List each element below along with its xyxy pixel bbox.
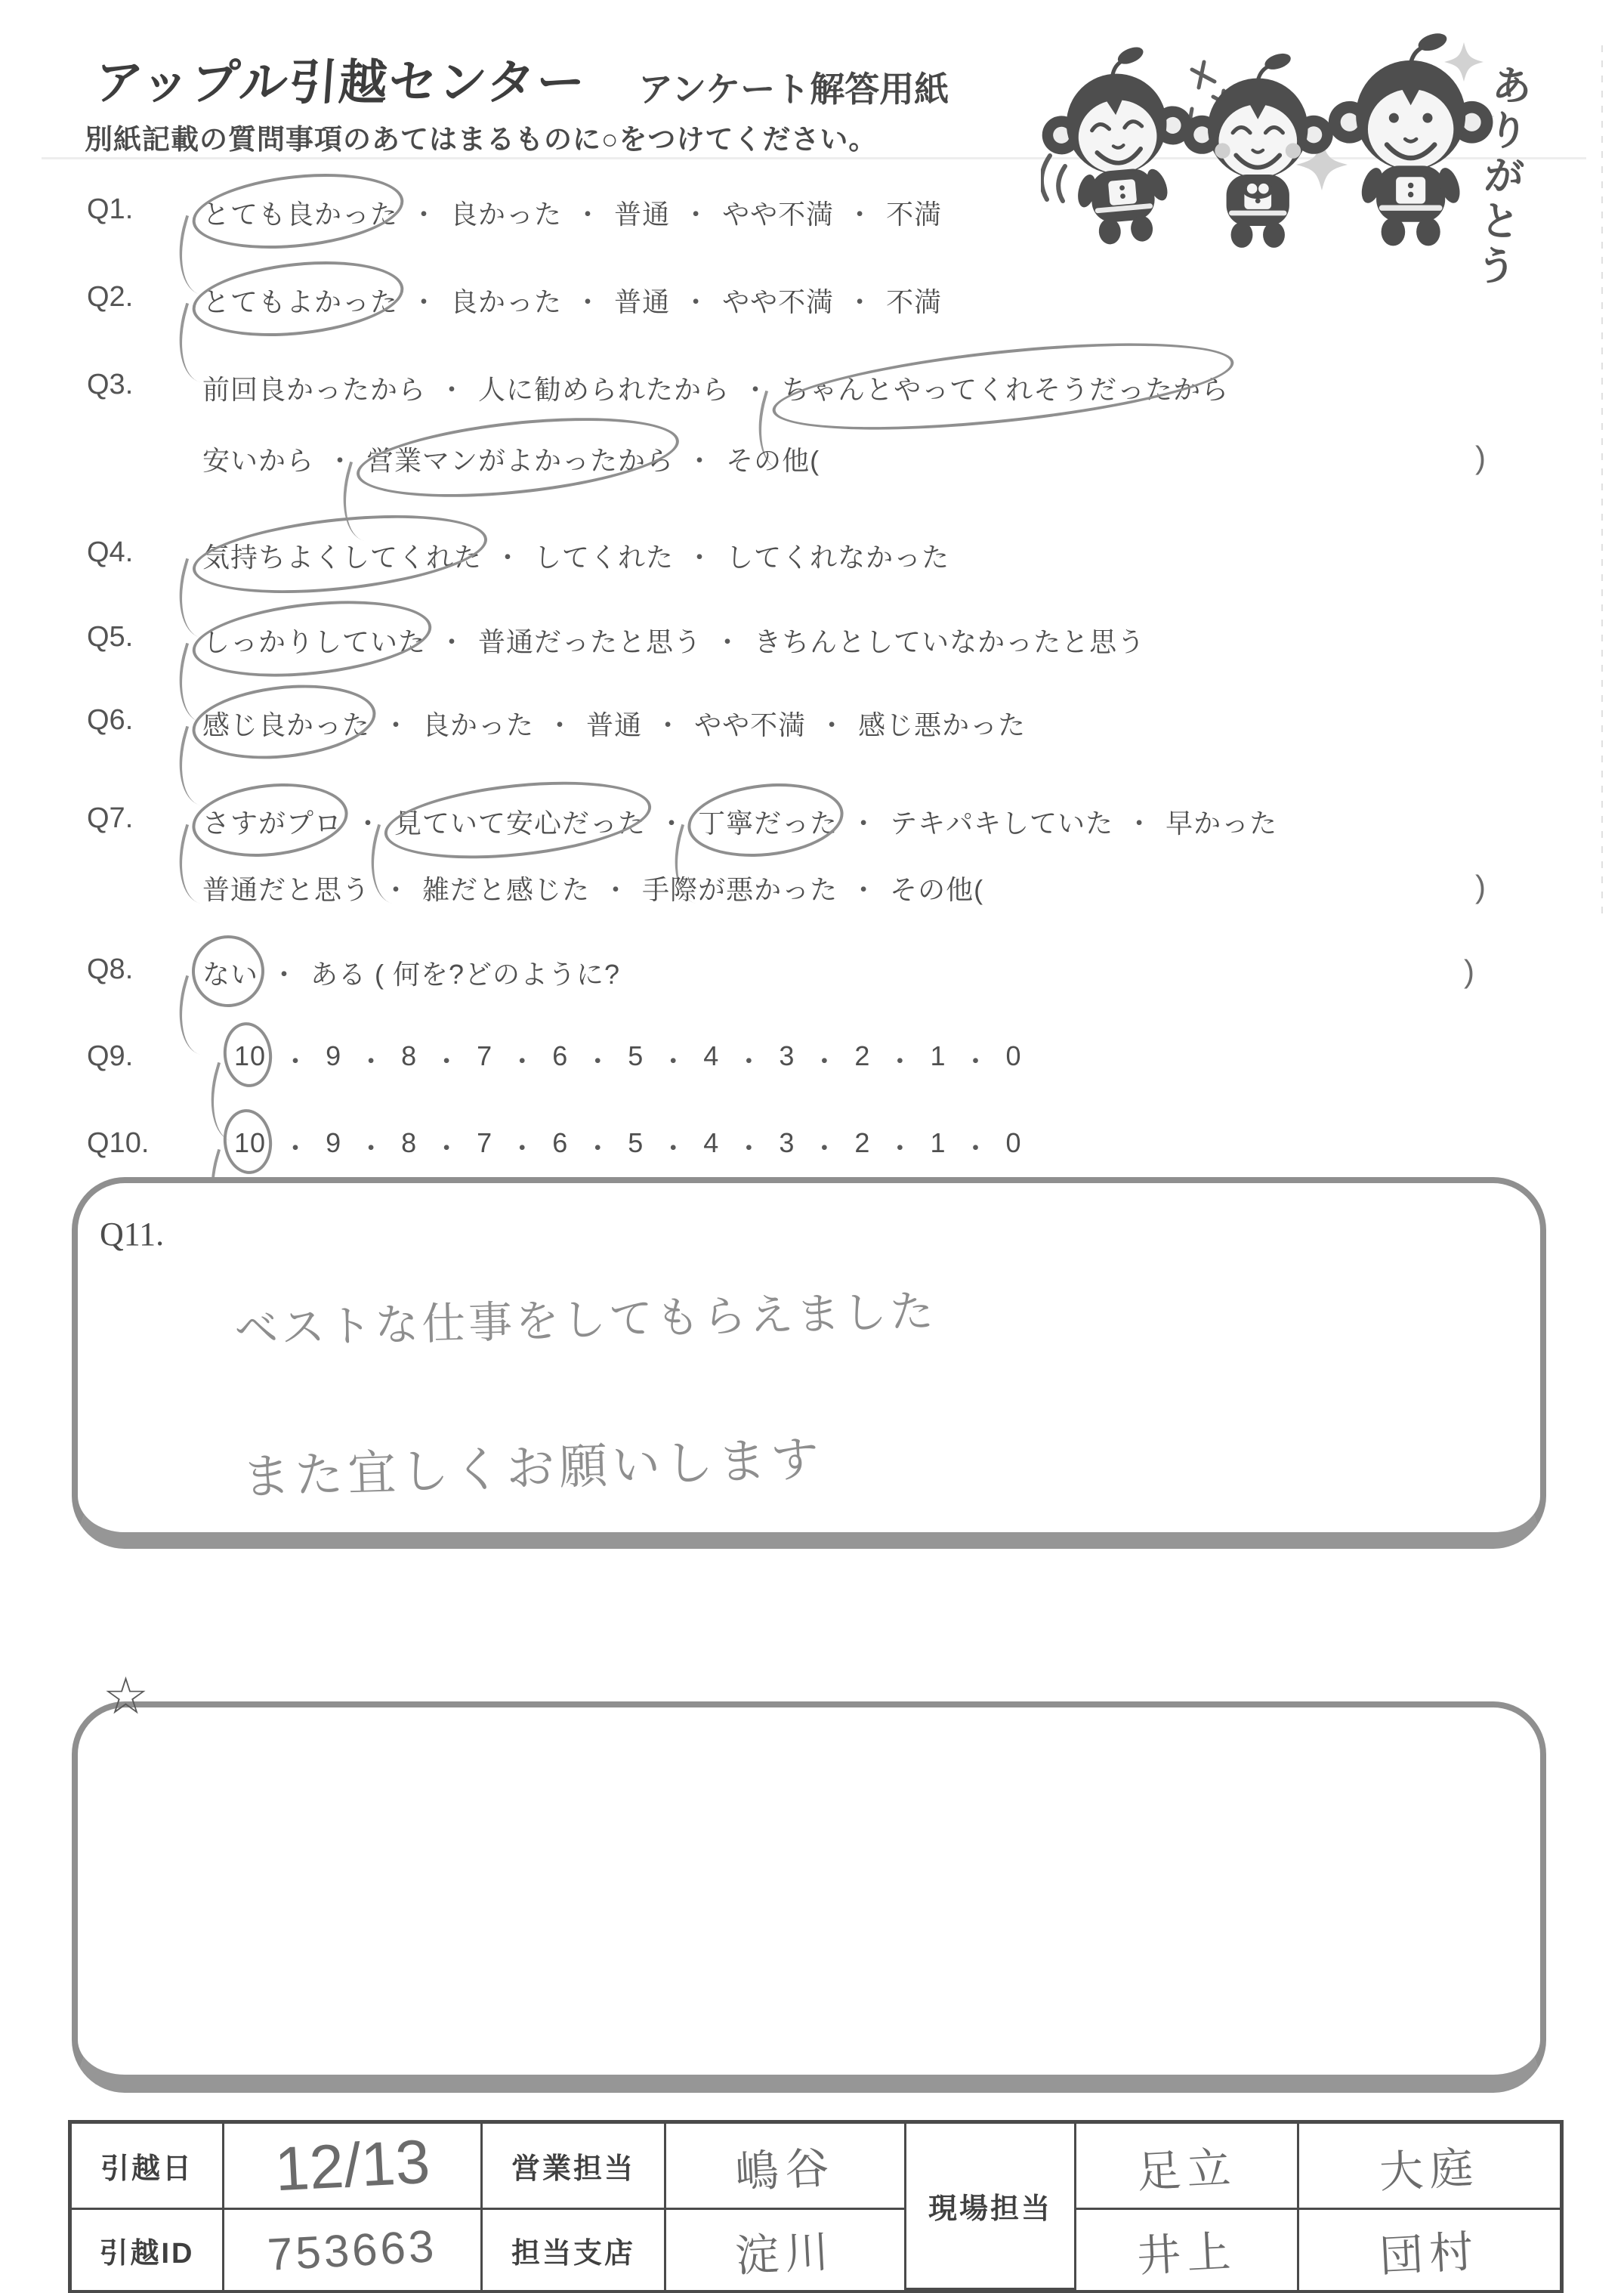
question-options-row: しっかりしていた・普通だったと思う・きちんとしていなかったと思う — [202, 621, 1145, 660]
question-label: Q5. — [87, 621, 133, 654]
option: テキパキしていた — [890, 802, 1113, 841]
option: 2 — [854, 1040, 870, 1072]
option: 7 — [477, 1127, 492, 1159]
option: 普通 — [586, 704, 642, 743]
option: 9 — [326, 1040, 341, 1072]
option-circled: 感じ良かった — [202, 704, 370, 743]
move-id-label-cell: 引越ID — [72, 2210, 224, 2290]
option-separator: ・ — [1125, 802, 1153, 841]
form-title: アンケート解答用紙 — [638, 62, 949, 112]
option: 普通 — [614, 281, 670, 320]
sales-name-handwriting: 嶋谷 — [733, 2131, 836, 2200]
sales-name-cell: 嶋谷 — [666, 2124, 906, 2210]
option-separator: ・ — [962, 1127, 990, 1166]
option-separator: ・ — [382, 704, 410, 743]
option: 1 — [930, 1127, 946, 1159]
site-staff-handwriting: 井上 — [1135, 2216, 1238, 2285]
branch-name-handwriting: 淀川 — [733, 2216, 836, 2285]
brand-title: アップル引越センター — [93, 44, 589, 113]
option: その他( — [890, 869, 983, 907]
option-separator: ・ — [714, 621, 742, 660]
option: 感じ悪かった — [858, 704, 1026, 743]
site-staff-1-cell: 足立 — [1076, 2124, 1299, 2210]
question-options-row: さすがプロ・見ていて安心だった・丁寧だった・テキパキしていた・早かった — [202, 802, 1277, 841]
option: 6 — [552, 1127, 568, 1159]
option: 7 — [477, 1040, 492, 1072]
option-separator: ・ — [735, 1127, 763, 1166]
move-date-label-cell: 引越日 — [72, 2124, 224, 2210]
option-separator: ・ — [682, 193, 710, 232]
question-options-row: 普通だと思う・雑だと感じた・手際が悪かった・その他( — [202, 869, 983, 907]
question-options-row: 感じ良かった・良かった・普通・やや不満・感じ悪かった — [202, 704, 1026, 743]
option-separator: ・ — [574, 193, 602, 232]
option: 0 — [1005, 1040, 1021, 1072]
move-id-handwriting: 753663 — [267, 2220, 439, 2281]
option: ある ( 何を?どのように? — [310, 953, 620, 992]
option: 9 — [326, 1127, 341, 1159]
close-paren: ) — [1475, 440, 1486, 476]
option-separator: ・ — [850, 802, 878, 841]
question-label: Q9. — [87, 1040, 133, 1073]
option-separator: ・ — [357, 1040, 385, 1079]
option-separator: ・ — [682, 281, 710, 320]
question-label: Q8. — [87, 953, 133, 986]
option: 良かった — [450, 281, 562, 320]
option: してくれた — [534, 536, 674, 575]
option-separator: ・ — [574, 281, 602, 320]
option: 2 — [854, 1127, 870, 1159]
option: きちんとしていなかったと思う — [754, 621, 1145, 660]
option-separator: ・ — [282, 1127, 310, 1166]
option: してくれなかった — [726, 536, 949, 575]
option: 良かった — [450, 193, 562, 232]
monkey-mascots-illustration — [1041, 23, 1494, 258]
question-label: Q10. — [87, 1127, 149, 1160]
option-separator: ・ — [508, 1127, 536, 1166]
option: 雑だと感じた — [422, 869, 590, 907]
option-separator: ・ — [686, 440, 714, 478]
option-separator: ・ — [438, 621, 466, 660]
option-separator: ・ — [659, 1040, 687, 1079]
option-separator: ・ — [410, 193, 438, 232]
move-id-value-cell: 753663 — [224, 2210, 483, 2290]
question-label: Q2. — [87, 281, 133, 314]
extra-comment-box — [72, 1701, 1546, 2093]
question-label: Q7. — [87, 802, 133, 835]
move-date-handwriting: 12/13 — [273, 2126, 432, 2205]
option: 普通だったと思う — [478, 621, 702, 660]
option: 普通 — [614, 193, 670, 232]
option-circled: とてもよかった — [202, 281, 398, 320]
instruction-text: 別紙記載の質問事項のあてはまるものに○をつけてください。 — [85, 116, 877, 157]
option-separator: ・ — [282, 1040, 310, 1079]
option: 不満 — [886, 193, 942, 232]
option-separator: ・ — [546, 704, 574, 743]
option-circled: ない — [202, 953, 258, 992]
option: 4 — [703, 1127, 719, 1159]
option-separator: ・ — [846, 193, 874, 232]
option-separator: ・ — [659, 1127, 687, 1166]
move-date-value-cell: 12/13 — [224, 2124, 483, 2210]
option: 3 — [779, 1127, 795, 1159]
option-separator: ・ — [438, 369, 466, 407]
option-circled: とても良かった — [202, 193, 398, 232]
q11-label: Q11. — [100, 1215, 164, 1253]
option: 普通だと思う — [202, 869, 370, 907]
option-separator: ・ — [508, 1040, 536, 1079]
option-circled: 営業マンがよかったから — [366, 440, 674, 478]
option: 良かった — [422, 704, 534, 743]
option: 6 — [552, 1040, 568, 1072]
sales-label-cell: 営業担当 — [483, 2124, 666, 2210]
site-staff-label-cell: 現場担当 — [906, 2124, 1076, 2290]
option-circled: 見ていて安心だった — [394, 802, 646, 841]
option: 5 — [628, 1127, 644, 1159]
option: 早かった — [1166, 802, 1277, 841]
option: 8 — [401, 1127, 417, 1159]
option: やや不満 — [694, 704, 806, 743]
option: 安いから — [202, 440, 314, 478]
survey-page: アップル引越センター アンケート解答用紙 別紙記載の質問事項のあてはまるものに○… — [0, 0, 1624, 2293]
option-separator: ・ — [735, 1040, 763, 1079]
option-separator: ・ — [382, 869, 410, 907]
option-separator: ・ — [686, 536, 714, 575]
option-circled: 10 — [234, 1127, 266, 1159]
option-separator: ・ — [433, 1040, 461, 1079]
question-options-row: 前回良かったから・人に勧められたから・ちゃんとやってくれそうだったから — [202, 369, 1229, 407]
site-staff-handwriting: 足立 — [1135, 2131, 1238, 2200]
option: 8 — [401, 1040, 417, 1072]
site-staff-4-cell: 団村 — [1299, 2210, 1560, 2290]
footer-table: 引越日 12/13 営業担当 嶋谷 現場担当 足立 大庭 引越ID 753663… — [68, 2120, 1564, 2293]
question-options-row: ない・ある ( 何を?どのように? — [202, 953, 620, 992]
option: やや不満 — [722, 193, 834, 232]
option: やや不満 — [722, 281, 834, 320]
question-label: Q1. — [87, 193, 133, 226]
branch-label-cell: 担当支店 — [483, 2210, 666, 2290]
site-staff-handwriting: 団村 — [1378, 2216, 1480, 2285]
option-separator: ・ — [846, 281, 874, 320]
option: 3 — [779, 1040, 795, 1072]
close-paren: ) — [1475, 869, 1486, 905]
option-circled: ちゃんとやってくれそうだったから — [782, 369, 1229, 407]
option-separator: ・ — [886, 1127, 914, 1166]
option: 1 — [930, 1040, 946, 1072]
option-separator: ・ — [962, 1040, 990, 1079]
close-paren: ) — [1464, 953, 1474, 990]
option: 4 — [703, 1040, 719, 1072]
question-options-row: とてもよかった・良かった・普通・やや不満・不満 — [202, 281, 942, 320]
option-circled: 気持ちよくしてくれた — [202, 536, 482, 575]
option-separator: ・ — [494, 536, 522, 575]
branch-name-cell: 淀川 — [666, 2210, 906, 2290]
option-separator: ・ — [886, 1040, 914, 1079]
option-circled: しっかりしていた — [202, 621, 426, 660]
option-separator: ・ — [654, 704, 682, 743]
option: 0 — [1005, 1127, 1021, 1159]
site-staff-handwriting: 大庭 — [1378, 2131, 1480, 2200]
option: その他( — [726, 440, 820, 478]
site-staff-2-cell: 大庭 — [1299, 2124, 1560, 2210]
question-label: Q6. — [87, 704, 133, 737]
option: 人に勧められたから — [478, 369, 730, 407]
option: 5 — [628, 1040, 644, 1072]
option: 手際が悪かった — [642, 869, 838, 907]
option-separator: ・ — [433, 1127, 461, 1166]
option-separator: ・ — [410, 281, 438, 320]
option-separator: ・ — [602, 869, 630, 907]
question-options-row: 気持ちよくしてくれた・してくれた・してくれなかった — [202, 536, 949, 575]
option-circled: さすがプロ — [202, 802, 342, 841]
option-separator: ・ — [357, 1127, 385, 1166]
question-options-row: 安いから・営業マンがよかったから・その他( — [202, 440, 820, 478]
option-separator: ・ — [810, 1127, 838, 1166]
question-label: Q3. — [87, 369, 133, 401]
question-options-row: 10・9・8・7・6・5・4・3・2・1・0 — [234, 1127, 1022, 1166]
question-label: Q4. — [87, 536, 133, 569]
scan-edge-line — [1601, 45, 1603, 914]
option-circled: 丁寧だった — [698, 802, 838, 841]
option-separator: ・ — [850, 869, 878, 907]
question-options-row: 10・9・8・7・6・5・4・3・2・1・0 — [234, 1040, 1022, 1079]
option-separator: ・ — [818, 704, 846, 743]
option: 不満 — [886, 281, 942, 320]
option-circled: 10 — [234, 1040, 266, 1072]
option-separator: ・ — [810, 1040, 838, 1079]
question-options-row: とても良かった・良かった・普通・やや不満・不満 — [202, 193, 942, 232]
option-separator: ・ — [584, 1040, 612, 1079]
star-icon: ☆ — [103, 1667, 149, 1726]
site-staff-3-cell: 井上 — [1076, 2210, 1299, 2290]
option-separator: ・ — [584, 1127, 612, 1166]
option: 前回良かったから — [202, 369, 426, 407]
option-separator: ・ — [270, 953, 298, 992]
